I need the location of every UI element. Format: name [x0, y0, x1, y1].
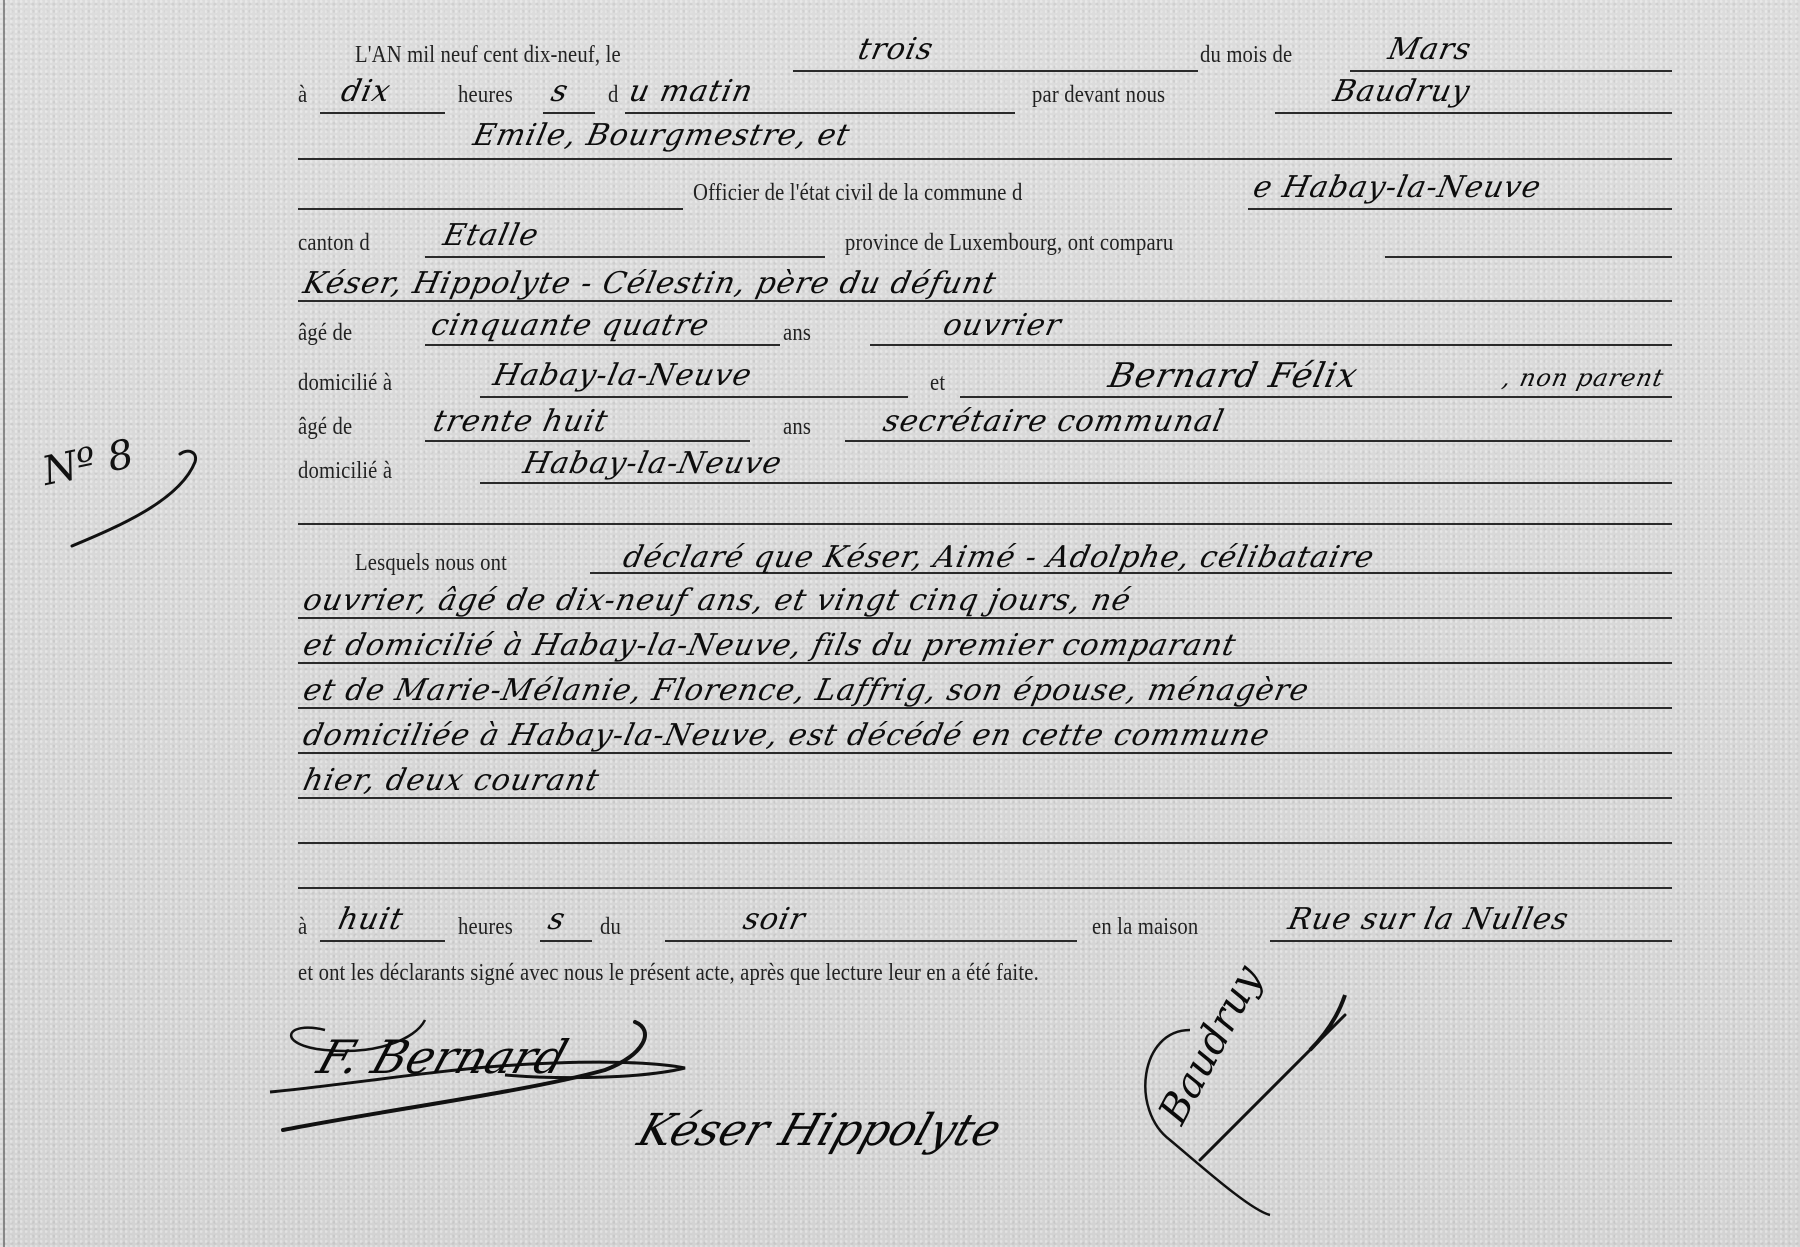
- hw-period-2: soir: [740, 902, 809, 937]
- rule-s: [543, 112, 595, 114]
- hw-domicile-1: Habay-la-Neuve: [490, 358, 755, 393]
- rule-line-3: [298, 158, 1672, 160]
- hw-occupation-2: secrétaire communal: [880, 404, 1228, 439]
- hw-declarant-2: Bernard Félix: [1105, 356, 1362, 396]
- printed-maison: en la maison: [1092, 914, 1198, 941]
- printed-heures: heures: [458, 82, 513, 109]
- printed-par-devant: par devant nous: [1032, 82, 1165, 109]
- hw-age-2: trente huit: [430, 404, 612, 439]
- rule-occupation-1: [870, 344, 1672, 346]
- rule-occupation-2: [845, 440, 1672, 442]
- rule-commune: [1248, 208, 1672, 210]
- hw-occupation-1: ouvrier: [940, 308, 1065, 343]
- hw-domicile-2: Habay-la-Neuve: [520, 446, 785, 481]
- hw-hour: dix: [338, 74, 394, 109]
- rule-domicile-1: [480, 396, 908, 398]
- hw-period: u matin: [626, 74, 757, 109]
- hw-declaration-3: et domicilié à Habay-la-Neuve, fils du p…: [300, 628, 1240, 663]
- hw-declaration-6: hier, deux courant: [300, 763, 603, 798]
- hw-declarant-1: Késer, Hippolyte - Célestin, père du déf…: [300, 266, 1000, 301]
- hw-commune: e Habay-la-Neuve: [1250, 170, 1545, 205]
- printed-d: d: [608, 82, 618, 109]
- printed-domicile-1: domicilié à: [298, 370, 392, 397]
- hw-heures-s: s: [548, 74, 572, 109]
- page-edge: [3, 0, 5, 1247]
- printed-et: et: [930, 370, 945, 397]
- printed-domicile-2: domicilié à: [298, 458, 392, 485]
- printed-lesquels: Lesquels nous ont: [355, 550, 507, 577]
- hw-day: trois: [855, 32, 937, 67]
- printed-a: à: [298, 82, 307, 109]
- rule-period: [625, 112, 1015, 114]
- signature-keser: Késer Hippolyte: [632, 1105, 1008, 1156]
- printed-province: province de Luxembourg, ont comparu: [845, 230, 1173, 257]
- printed-ans-2: ans: [783, 414, 811, 441]
- hw-declarant-2-relation: , non parent: [1500, 364, 1667, 392]
- rule-line-4-left: [298, 208, 683, 210]
- printed-age-1: âgé de: [298, 320, 352, 347]
- printed-closing: et ont les déclarants signé avec nous le…: [298, 960, 1039, 987]
- signature-bernard: F. Bernard: [311, 1030, 574, 1084]
- margin-flourish-icon: [60, 450, 220, 560]
- printed-a-2: à: [298, 914, 307, 941]
- rule-day: [793, 70, 1198, 72]
- printed-year-text: L'AN mil neuf cent dix-neuf, le: [355, 42, 621, 69]
- hw-officer-surname: Baudruy: [1330, 74, 1474, 109]
- rule-age-1: [425, 344, 780, 346]
- rule-month: [1350, 70, 1672, 72]
- hw-month: Mars: [1385, 32, 1475, 67]
- printed-heures-2: heures: [458, 914, 513, 941]
- rule-domicile-2: [480, 482, 1672, 484]
- hw-age-1: cinquante quatre: [428, 308, 713, 343]
- rule-period-2: [665, 940, 1077, 942]
- hw-declaration-1: déclaré que Késer, Aimé - Adolphe, célib…: [620, 540, 1378, 575]
- printed-age-2: âgé de: [298, 414, 352, 441]
- printed-officier: Officier de l'état civil de la commune d: [693, 180, 1022, 207]
- rule-hour-2: [320, 940, 445, 942]
- rule-canton: [425, 256, 825, 258]
- printed-du: du: [600, 914, 621, 941]
- hw-officer-firstname-title: Emile, Bourgmestre, et: [470, 118, 853, 153]
- hw-canton: Etalle: [440, 218, 542, 253]
- hw-declaration-5: domiciliée à Habay-la-Neuve, est décédé …: [300, 718, 1273, 753]
- hw-hour-2: huit: [335, 902, 407, 937]
- hw-heures-s-2: s: [545, 902, 569, 937]
- hw-declaration-2: ouvrier, âgé de dix-neuf ans, et vingt c…: [300, 583, 1135, 618]
- rule-officer-name: [1275, 112, 1672, 114]
- printed-ans-1: ans: [783, 320, 811, 347]
- rule-maison: [1270, 940, 1672, 942]
- rule-hour: [320, 112, 445, 114]
- rule-blank-1: [298, 523, 1672, 525]
- printed-month-label: du mois de: [1200, 42, 1292, 69]
- rule-declarant-2: [960, 396, 1672, 398]
- rule-comparu: [1385, 256, 1672, 258]
- hw-declaration-4: et de Marie-Mélanie, Florence, Laffrig, …: [300, 673, 1312, 708]
- hw-maison: Rue sur la Nulles: [1285, 902, 1572, 937]
- rule-s-2: [540, 940, 592, 942]
- rule-blank-2: [298, 842, 1672, 844]
- rule-age-2: [425, 440, 750, 442]
- rule-blank-3: [298, 887, 1672, 889]
- printed-canton: canton d: [298, 230, 370, 257]
